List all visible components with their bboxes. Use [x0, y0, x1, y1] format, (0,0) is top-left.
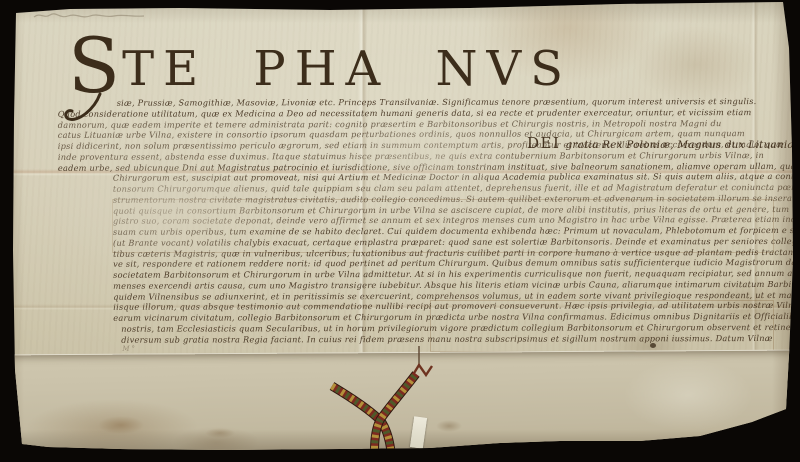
- photograph-frame: STE PHA NVS DEI gratia Rex Poloniæ, Magn…: [0, 0, 800, 462]
- plica-fold: [0, 350, 800, 454]
- document-heading: STE PHA NVS: [68, 28, 572, 104]
- parchment-stain: [436, 420, 462, 432]
- document-body: siæ, Prussiæ, Samogithiæ, Masoviæ, Livon…: [0, 96, 782, 353]
- parchment-stain: [98, 416, 144, 434]
- heading-capitals: TE PHA NVS: [122, 41, 572, 97]
- parchment-charter: STE PHA NVS DEI gratia Rex Poloniæ, Magn…: [0, 0, 800, 462]
- manuscript-line: inde proventura essent, abstenda esse du…: [58, 150, 782, 163]
- ink-stain: [650, 343, 656, 348]
- parchment-stain: [205, 428, 235, 438]
- manuscript-line: gistro suo, coram societate deponat, dei…: [113, 214, 782, 227]
